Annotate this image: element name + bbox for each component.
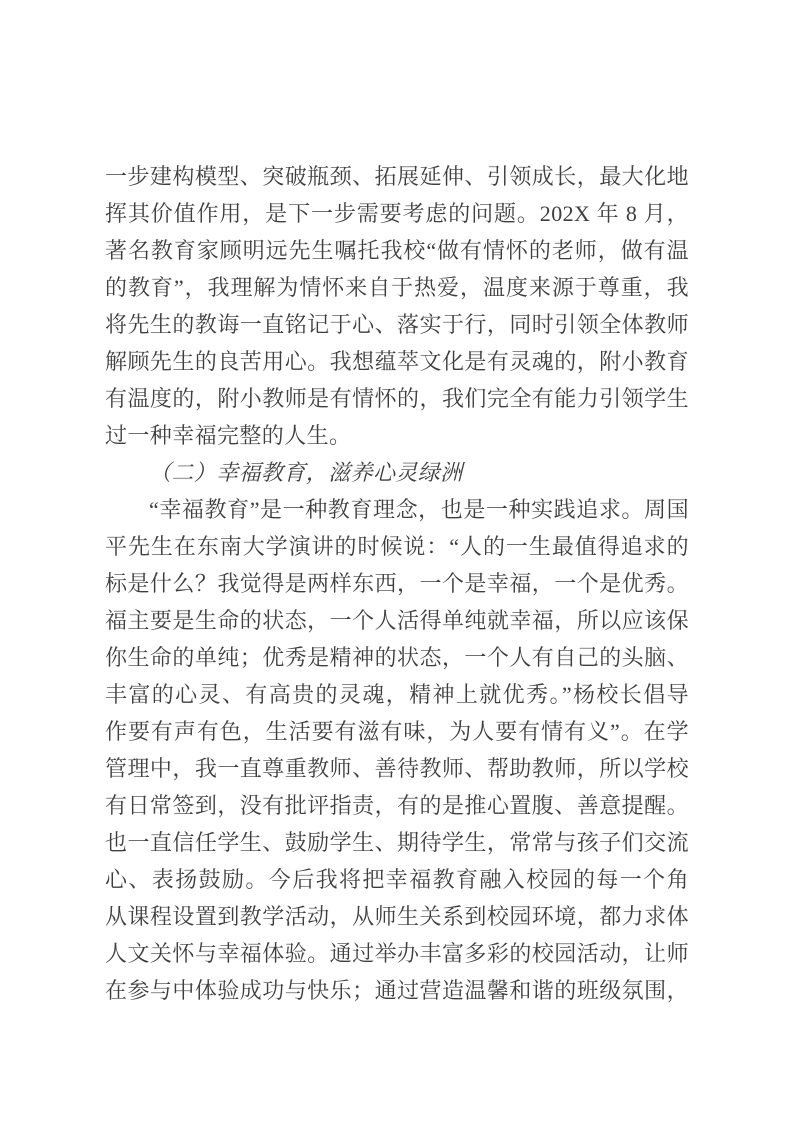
document-text-block: 一步建构模型、突破瓶颈、拓展延伸、引领成长，最大化地发 挥其价值作用，是下一步需…	[105, 158, 689, 1009]
paragraph-line: 标是什么？我觉得是两样东西，一个是幸福，一个是优秀。幸	[105, 565, 689, 602]
paragraph-line: 著名教育家顾明远先生嘱托我校“做有情怀的老师，做有温度	[105, 232, 689, 269]
paragraph-line: 过一种幸福完整的人生。	[105, 417, 689, 454]
paragraph-line: 挥其价值作用，是下一步需要考虑的问题。202X 年 8 月，当代	[105, 195, 689, 232]
paragraph-line: 在参与中体验成功与快乐；通过营造温馨和谐的班级氛围，让	[105, 972, 689, 1009]
paragraph-line: 福主要是生命的状态，一个人活得单纯就幸福，所以应该保护	[105, 602, 689, 639]
document-page: 一步建构模型、突破瓶颈、拓展延伸、引领成长，最大化地发 挥其价值作用，是下一步需…	[0, 0, 793, 1122]
paragraph-line: 有日常签到，没有批评指责，有的是推心置腹、善意提醒。我	[105, 787, 689, 824]
paragraph-line: 有温度的，附小教师是有情怀的，我们完全有能力引领学生去	[105, 380, 689, 417]
paragraph-line: 平先生在东南大学演讲的时候说：“人的一生最值得追求的目	[105, 528, 689, 565]
paragraph-line: 解顾先生的良苦用心。我想蕴萃文化是有灵魂的，附小教育是	[105, 343, 689, 380]
paragraph-line: 一步建构模型、突破瓶颈、拓展延伸、引领成长，最大化地发	[105, 158, 689, 195]
paragraph-line: “幸福教育”是一种教育理念，也是一种实践追求。周国	[105, 491, 689, 528]
paragraph-line: 心、表扬鼓励。今后我将把幸福教育融入校园的每一个角落，	[105, 861, 689, 898]
section-heading: （二）幸福教育，滋养心灵绿洲	[105, 454, 689, 491]
paragraph-line: 丰富的心灵、有高贵的灵魂，精神上就优秀。”杨校长倡导“工	[105, 676, 689, 713]
paragraph-line: 也一直信任学生、鼓励学生、期待学生，常常与孩子们交流谈	[105, 824, 689, 861]
paragraph-line: 从课程设置到教学活动，从师生关系到校园环境，都力求体现	[105, 898, 689, 935]
paragraph-line: 你生命的单纯；优秀是精神的状态，一个人有自己的头脑、有	[105, 639, 689, 676]
paragraph-line: 管理中，我一直尊重教师、善待教师、帮助教师，所以学校没	[105, 750, 689, 787]
paragraph-line: 的教育”，我理解为情怀来自于热爱，温度来源于尊重，我也	[105, 269, 689, 306]
paragraph-line: 人文关怀与幸福体验。通过举办丰富多彩的校园活动，让师生	[105, 935, 689, 972]
paragraph-line: 作要有声有色，生活要有滋有味，为人要有情有义”。在学校	[105, 713, 689, 750]
paragraph-line: 将先生的教诲一直铭记于心、落实于行，同时引领全体教师理	[105, 306, 689, 343]
